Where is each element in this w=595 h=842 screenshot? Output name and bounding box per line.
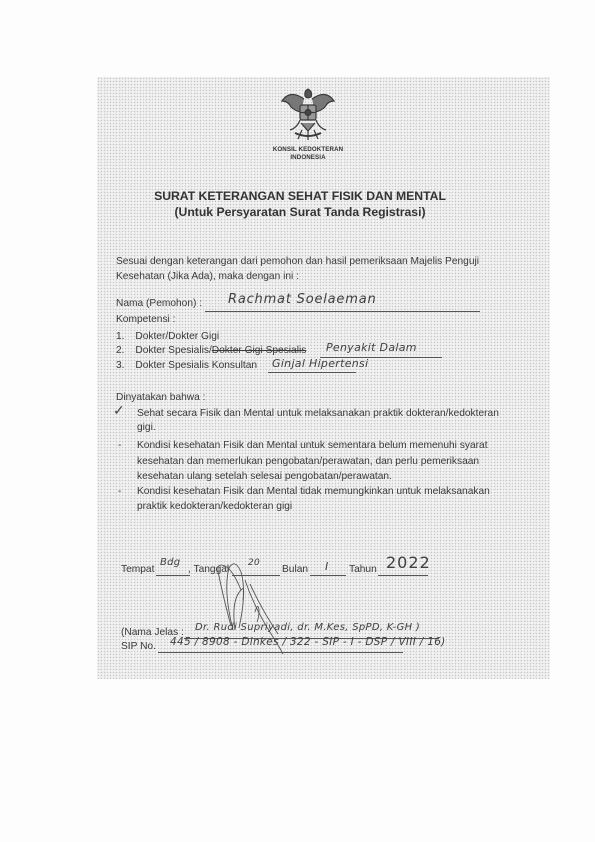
month-underline	[310, 575, 346, 576]
year-underline	[378, 575, 428, 576]
applicant-label: Nama (Pemohon) :	[116, 298, 202, 309]
competence-item-2-text: Dokter Spesialis/	[135, 345, 211, 356]
declaration-label: Dinyatakan bahwa :	[116, 392, 205, 403]
competence-item-1: 1. Dokter/Dokter Gigi	[116, 331, 219, 342]
declaration-item-1-line-1: Sehat secara Fisik dan Mental untuk mela…	[137, 408, 499, 419]
year-label: Tahun	[349, 564, 377, 575]
competence-item-2-number: 2.	[116, 345, 125, 356]
sip-label: SIP No.	[121, 641, 156, 652]
competence-item-1-number: 1.	[116, 331, 125, 342]
intro-line-2: Kesehatan (Jika Ada), maka dengan ini :	[116, 271, 299, 282]
month-value[interactable]: I	[325, 560, 329, 573]
competence-item-3-text: Dokter Spesialis Konsultan	[135, 360, 257, 371]
competence-item-2-struck-text: Dokter Gigi Spesialis	[212, 345, 307, 356]
declaration-item-3-line-2: praktik kedokteran/kedokteran gigi	[137, 501, 292, 512]
applicant-underline	[205, 311, 480, 312]
sip-value[interactable]: 445 / 8908 - Dinkes / 322 - SIP - I - DS…	[170, 636, 446, 648]
checkmark-icon[interactable]: ✓	[113, 402, 125, 419]
competence-item-3-number: 3.	[116, 360, 125, 371]
applicant-name[interactable]: Rachmat Soelaeman	[228, 292, 377, 307]
org-name: KONSIL KEDOKTERAN INDONESIA	[240, 146, 376, 161]
declaration-item-2-line-3: kesehatan ulang setelah selesai pengobat…	[137, 471, 392, 482]
competence-item-2-value[interactable]: Penyakit Dalam	[326, 341, 417, 354]
competence-item-1-text: Dokter/Dokter Gigi	[135, 331, 219, 342]
declaration-item-3-bullet[interactable]: -	[118, 486, 121, 497]
competence-item-3: 3. Dokter Spesialis Konsultan	[116, 360, 257, 371]
declaration-item-2-bullet[interactable]: -	[118, 440, 121, 451]
year-value[interactable]: 2022	[386, 553, 431, 572]
document-title: SURAT KETERANGAN SEHAT FISIK DAN MENTAL	[140, 189, 460, 203]
competence-item-2: 2. Dokter Spesialis/Dokter Gigi Spesiali…	[116, 345, 306, 356]
document-subtitle: (Untuk Persyaratan Surat Tanda Registras…	[140, 205, 460, 219]
place-label: Tempat	[121, 564, 154, 575]
org-name-line2: INDONESIA	[240, 154, 376, 162]
place-value[interactable]: Bdg	[160, 557, 180, 568]
declaration-item-3-line-1: Kondisi kesehatan Fisik dan Mental tidak…	[137, 486, 490, 497]
declaration-item-2-line-2: kesehatan dan memerlukan pengobatan/pera…	[137, 456, 479, 467]
month-label: Bulan	[282, 564, 308, 575]
intro-line-1: Sesuai dengan keterangan dari pemohon da…	[116, 256, 479, 267]
place-underline	[156, 575, 190, 576]
scanned-page-background	[97, 77, 550, 679]
signatory-name-value[interactable]: Dr. Rudi Supriyadi, dr. M.Kes, SpPD, K-G…	[195, 622, 420, 633]
org-name-line1: KONSIL KEDOKTERAN	[240, 146, 376, 154]
garuda-emblem-icon	[277, 83, 339, 145]
sip-underline	[158, 652, 403, 653]
competence-item-3-underline	[268, 372, 356, 373]
declaration-item-2-line-1: Kondisi kesehatan Fisik dan Mental untuk…	[137, 440, 488, 451]
competence-label: Kompetensi :	[116, 314, 175, 325]
competence-item-3-value[interactable]: Ginjal Hipertensi	[272, 357, 368, 370]
declaration-item-1-line-2: gigi.	[137, 422, 156, 433]
